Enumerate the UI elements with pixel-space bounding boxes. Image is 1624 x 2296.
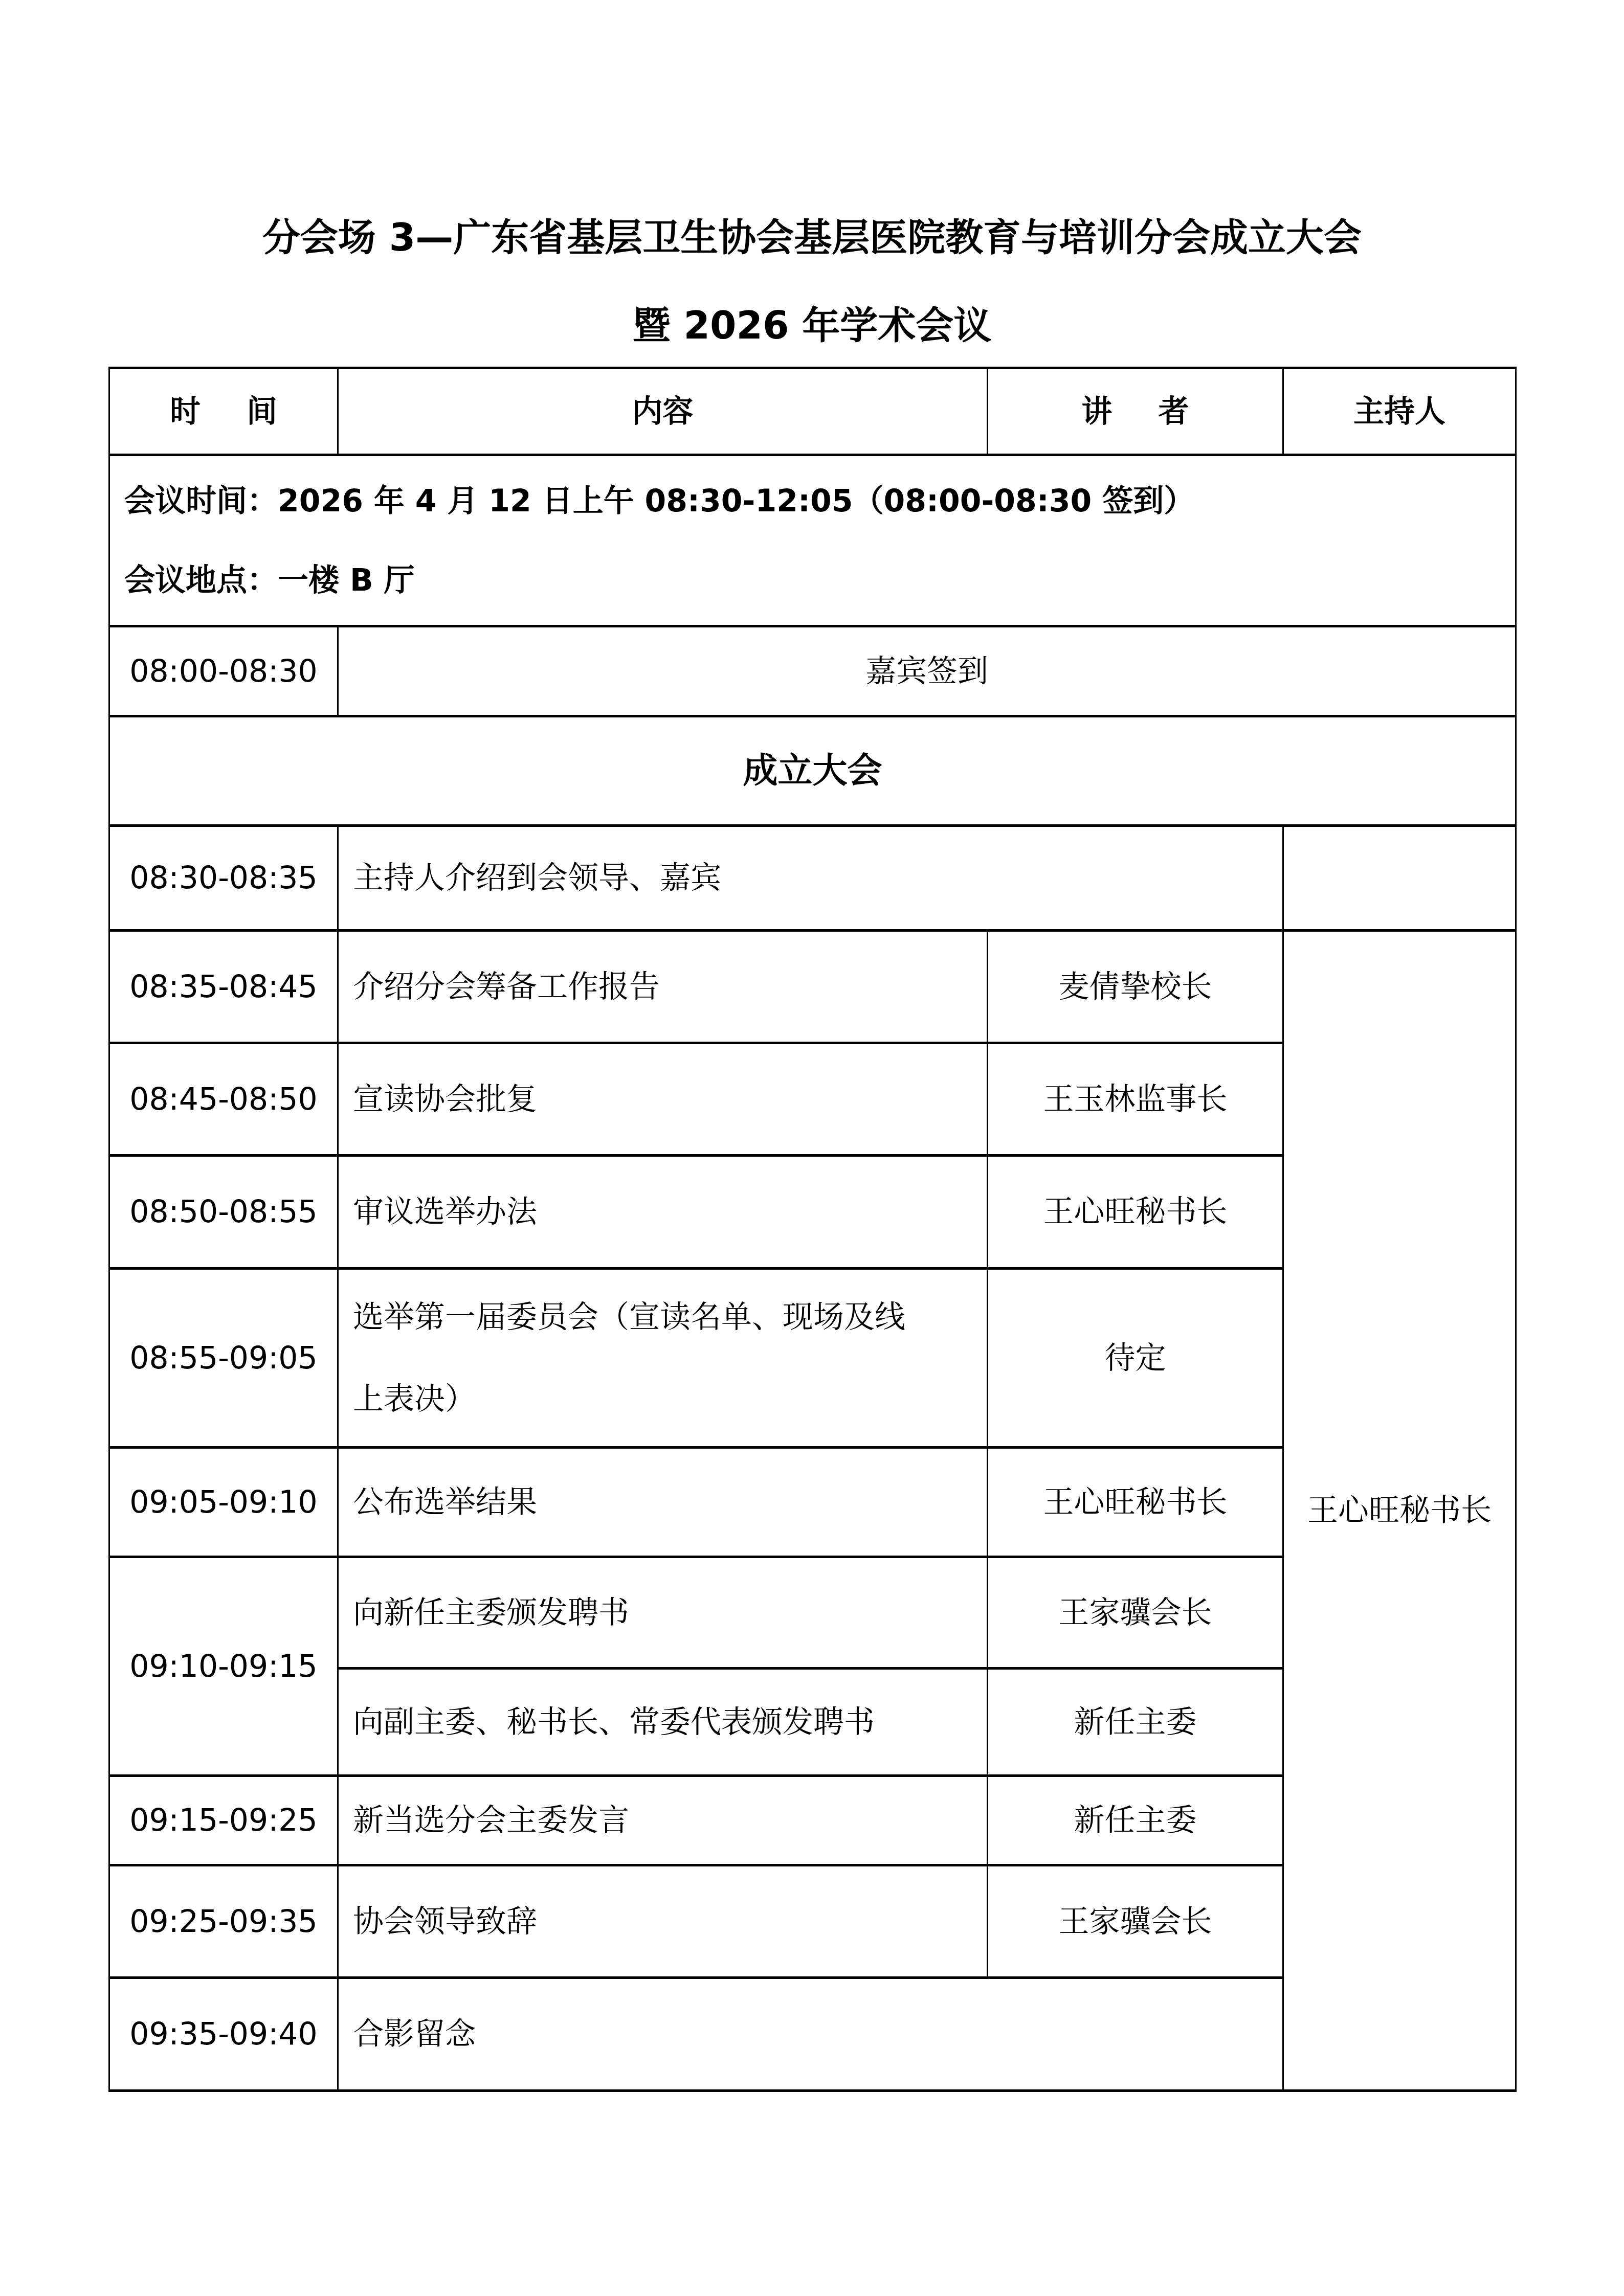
document-title-line2: 暨 2026 年学术会议 — [0, 307, 1624, 345]
row-content: 公布选举结果 — [338, 1448, 988, 1557]
row-content-line2: 上表决） — [353, 1384, 976, 1414]
row-speaker: 王家骥会长 — [988, 1865, 1283, 1978]
meeting-location: 会议地点：一楼 B 厅 — [124, 565, 1515, 596]
header-time: 时间 — [109, 368, 338, 455]
row-speaker: 王玉林监事长 — [988, 1043, 1283, 1156]
row-content: 选举第一届委员会（宣读名单、现场及线 上表决） — [338, 1269, 988, 1448]
row-content: 协会领导致辞 — [338, 1865, 988, 1978]
row-content: 向副主委、秘书长、常委代表颁发聘书 — [338, 1669, 988, 1776]
row-content-line1: 选举第一届委员会（宣读名单、现场及线 — [353, 1302, 976, 1333]
row-time: 08:50-08:55 — [109, 1156, 338, 1269]
table-row: 08:35-08:45 介绍分会筹备工作报告 麦倩挚校长 王心旺秘书长 — [109, 931, 1516, 1043]
row-content: 宣读协会批复 — [338, 1043, 988, 1156]
row-host — [1283, 826, 1516, 931]
section-title: 成立大会 — [109, 716, 1516, 826]
document-title-line1: 分会场 3—广东省基层卫生协会基层医院教育与培训分会成立大会 — [0, 219, 1624, 257]
row-speaker: 新任主委 — [988, 1776, 1283, 1865]
row-time: 08:00-08:30 — [109, 626, 338, 716]
meeting-info: 会议时间：2026 年 4 月 12 日上午 08:30-12:05（08:00… — [109, 455, 1516, 626]
row-time: 09:25-09:35 — [109, 1865, 338, 1978]
header-speaker: 讲者 — [988, 368, 1283, 455]
agenda-table: 时间 内容 讲者 主持人 会议时间：2026 年 4 月 12 日上午 08:3… — [108, 367, 1517, 2092]
row-speaker: 王心旺秘书长 — [988, 1448, 1283, 1557]
meeting-time: 会议时间：2026 年 4 月 12 日上午 08:30-12:05（08:00… — [124, 486, 1515, 516]
row-speaker: 王心旺秘书长 — [988, 1156, 1283, 1269]
row-time: 09:05-09:10 — [109, 1448, 338, 1557]
row-content: 主持人介绍到会领导、嘉宾 — [338, 826, 1283, 931]
row-content: 新当选分会主委发言 — [338, 1776, 988, 1865]
row-time: 08:35-08:45 — [109, 931, 338, 1043]
row-time: 09:15-09:25 — [109, 1776, 338, 1865]
row-speaker: 王家骥会长 — [988, 1557, 1283, 1669]
row-time: 09:35-09:40 — [109, 1978, 338, 2091]
row-content: 合影留念 — [338, 1978, 1283, 2091]
row-content: 审议选举办法 — [338, 1156, 988, 1269]
row-time: 08:55-09:05 — [109, 1269, 338, 1448]
signin-row: 08:00-08:30 嘉宾签到 — [109, 626, 1516, 716]
header-host: 主持人 — [1283, 368, 1516, 455]
row-content: 介绍分会筹备工作报告 — [338, 931, 988, 1043]
row-speaker: 待定 — [988, 1269, 1283, 1448]
row-time: 08:45-08:50 — [109, 1043, 338, 1156]
meeting-info-row: 会议时间：2026 年 4 月 12 日上午 08:30-12:05（08:00… — [109, 455, 1516, 626]
row-speaker: 新任主委 — [988, 1669, 1283, 1776]
row-content: 嘉宾签到 — [338, 626, 1516, 716]
table-header-row: 时间 内容 讲者 主持人 — [109, 368, 1516, 455]
row-time: 08:30-08:35 — [109, 826, 338, 931]
row-content: 向新任主委颁发聘书 — [338, 1557, 988, 1669]
section-row: 成立大会 — [109, 716, 1516, 826]
header-content: 内容 — [338, 368, 988, 455]
row-time: 09:10-09:15 — [109, 1557, 338, 1776]
host-name: 王心旺秘书长 — [1283, 931, 1516, 2091]
table-row: 08:30-08:35 主持人介绍到会领导、嘉宾 — [109, 826, 1516, 931]
row-speaker: 麦倩挚校长 — [988, 931, 1283, 1043]
